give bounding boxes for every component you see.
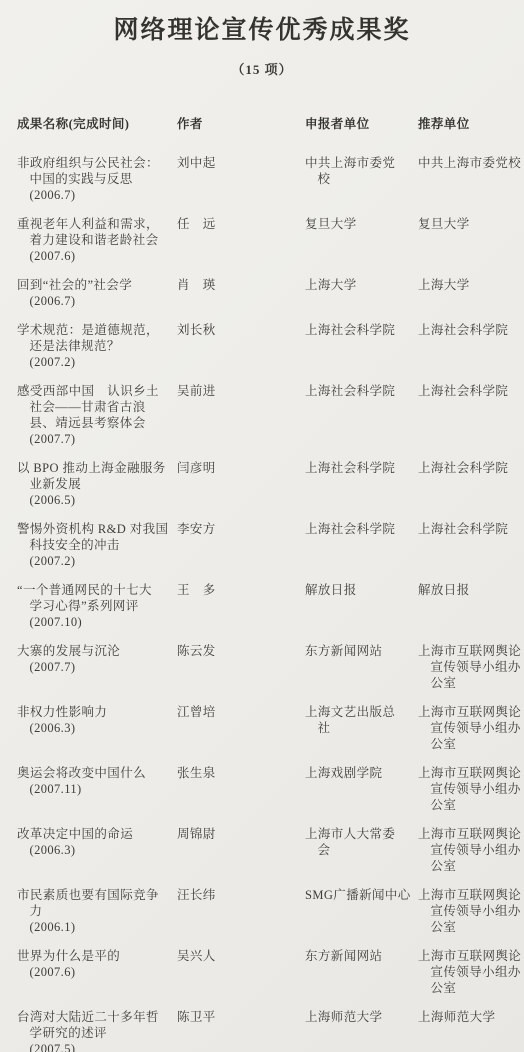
completion-date: (2007.10) <box>17 614 177 630</box>
recommender-unit-cell: 上海社会科学院 <box>418 521 516 537</box>
author-cell: 刘中起 <box>177 155 305 171</box>
completion-date: (2007.6) <box>17 964 177 980</box>
table-row: 警惕外资机构 R&D 对我国科技安全的冲击(2007.2)李安方上海社会科学院上… <box>17 521 516 569</box>
result-title-line: 中国的实践与反思 <box>17 171 177 187</box>
author-cell: 任 远 <box>177 216 305 232</box>
recommender-unit-line: 公室 <box>418 858 521 874</box>
applicant-unit-cell: 东方新闻网站 <box>305 643 418 659</box>
completion-date: (2007.5) <box>17 1041 177 1052</box>
result-title-line: 重视老年人利益和需求， <box>17 216 177 232</box>
applicant-unit-line: 会 <box>305 842 418 858</box>
recommender-unit-line: 上海社会科学院 <box>418 322 516 338</box>
result-title-cell: 非权力性影响力(2006.3) <box>17 704 177 736</box>
result-title-line: 还是法律规范？ <box>17 338 177 354</box>
applicant-unit-line: 复旦大学 <box>305 216 418 232</box>
applicant-unit-line: 上海师范大学 <box>305 1009 418 1025</box>
result-title-line: 学研究的述评 <box>17 1025 177 1041</box>
author-cell: 李安方 <box>177 521 305 537</box>
result-title-cell: 回到“社会的”社会学(2006.7) <box>17 277 177 309</box>
recommender-unit-line: 宣传领导小组办 <box>418 781 521 797</box>
recommender-unit-line: 宣传领导小组办 <box>418 842 521 858</box>
column-header-applicant-unit: 申报者单位 <box>305 116 418 132</box>
applicant-unit-line: 解放日报 <box>305 582 418 598</box>
column-header-author: 作者 <box>177 116 305 132</box>
recommender-unit-line: 上海市互联网舆论 <box>418 948 521 964</box>
recommender-unit-cell: 上海市互联网舆论宣传领导小组办公室 <box>418 643 521 691</box>
recommender-unit-cell: 中共上海市委党校 <box>418 155 521 171</box>
result-title-line: 以 BPO 推动上海金融服务 <box>17 460 177 476</box>
recommender-unit-cell: 上海市互联网舆论宣传领导小组办公室 <box>418 887 521 935</box>
applicant-unit-line: 校 <box>305 171 418 187</box>
recommender-unit-cell: 上海社会科学院 <box>418 322 516 338</box>
result-title-line: 社会——甘肃省古浪 <box>17 399 177 415</box>
table-row: “一个普通网民的十七大学习心得”系列网评(2007.10)王 多解放日报解放日报 <box>17 582 516 630</box>
table-rows: 非政府组织与公民社会：中国的实践与反思(2006.7)刘中起中共上海市委党校中共… <box>17 155 516 1052</box>
result-title-cell: “一个普通网民的十七大学习心得”系列网评(2007.10) <box>17 582 177 630</box>
applicant-unit-cell: 东方新闻网站 <box>305 948 418 964</box>
recommender-unit-line: 中共上海市委党校 <box>418 155 521 171</box>
table-header-row: 成果名称(完成时间) 作者 申报者单位 推荐单位 <box>17 116 516 132</box>
completion-date: (2007.6) <box>17 248 177 264</box>
applicant-unit-cell: 上海文艺出版总社 <box>305 704 418 736</box>
recommender-unit-line: 宣传领导小组办 <box>418 720 521 736</box>
completion-date: (2006.7) <box>17 187 177 203</box>
recommender-unit-line: 上海师范大学 <box>418 1009 516 1025</box>
recommender-unit-cell: 上海市互联网舆论宣传领导小组办公室 <box>418 948 521 996</box>
recommender-unit-line: 公室 <box>418 736 521 752</box>
recommender-unit-line: 上海市互联网舆论 <box>418 826 521 842</box>
author-cell: 张生泉 <box>177 765 305 781</box>
table-row: 市民素质也要有国际竞争力(2006.1)汪长纬SMG广播新闻中心上海市互联网舆论… <box>17 887 516 935</box>
result-title-line: 台湾对大陆近二十多年哲 <box>17 1009 177 1025</box>
recommender-unit-cell: 上海市互联网舆论宣传领导小组办公室 <box>418 765 521 813</box>
recommender-unit-line: 公室 <box>418 980 521 996</box>
completion-date: (2007.11) <box>17 781 177 797</box>
table-row: 感受西部中国 认识乡土社会——甘肃省古浪县、靖远县考察体会(2007.7)吴前进… <box>17 383 516 447</box>
recommender-unit-line: 上海市互联网舆论 <box>418 887 521 903</box>
column-header-result-name: 成果名称(完成时间) <box>17 116 177 132</box>
recommender-unit-line: 复旦大学 <box>418 216 516 232</box>
applicant-unit-line: 上海市人大常委 <box>305 826 418 842</box>
recommender-unit-cell: 上海市互联网舆论宣传领导小组办公室 <box>418 704 521 752</box>
page-subtitle: （15 项） <box>17 59 516 78</box>
applicant-unit-cell: 上海大学 <box>305 277 418 293</box>
recommender-unit-cell: 上海社会科学院 <box>418 383 516 399</box>
result-title-line: 感受西部中国 认识乡土 <box>17 383 177 399</box>
applicant-unit-line: 东方新闻网站 <box>305 948 418 964</box>
result-title-line: 非权力性影响力 <box>17 704 177 720</box>
recommender-unit-line: 公室 <box>418 797 521 813</box>
completion-date: (2006.5) <box>17 492 177 508</box>
result-title-line: 大寨的发展与沉沦 <box>17 643 177 659</box>
applicant-unit-cell: SMG广播新闻中心 <box>305 887 418 903</box>
result-title-cell: 大寨的发展与沉沦(2007.7) <box>17 643 177 675</box>
applicant-unit-line: SMG广播新闻中心 <box>305 887 418 903</box>
completion-date: (2006.7) <box>17 293 177 309</box>
column-header-recommender-unit: 推荐单位 <box>418 116 516 132</box>
author-cell: 周锦尉 <box>177 826 305 842</box>
document-page: 网络理论宣传优秀成果奖 （15 项） 成果名称(完成时间) 作者 申报者单位 推… <box>0 0 524 1052</box>
recommender-unit-line: 宣传领导小组办 <box>418 903 521 919</box>
recommender-unit-line: 宣传领导小组办 <box>418 964 521 980</box>
completion-date: (2007.7) <box>17 431 177 447</box>
table-row: 非政府组织与公民社会：中国的实践与反思(2006.7)刘中起中共上海市委党校中共… <box>17 155 516 203</box>
result-title-cell: 奥运会将改变中国什么(2007.11) <box>17 765 177 797</box>
author-cell: 陈云发 <box>177 643 305 659</box>
applicant-unit-cell: 上海社会科学院 <box>305 383 418 399</box>
recommender-unit-line: 上海社会科学院 <box>418 521 516 537</box>
result-title-cell: 台湾对大陆近二十多年哲学研究的述评(2007.5) <box>17 1009 177 1052</box>
completion-date: (2007.2) <box>17 553 177 569</box>
result-title-line: 学习心得”系列网评 <box>17 598 177 614</box>
author-cell: 王 多 <box>177 582 305 598</box>
recommender-unit-cell: 上海市互联网舆论宣传领导小组办公室 <box>418 826 521 874</box>
result-title-line: 着力建设和谐老龄社会 <box>17 232 177 248</box>
author-cell: 吴前进 <box>177 383 305 399</box>
table-row: 世界为什么是平的(2007.6)吴兴人东方新闻网站上海市互联网舆论宣传领导小组办… <box>17 948 516 996</box>
table-row: 非权力性影响力(2006.3)江曾培上海文艺出版总社上海市互联网舆论宣传领导小组… <box>17 704 516 752</box>
result-title-cell: 以 BPO 推动上海金融服务业新发展(2006.5) <box>17 460 177 508</box>
applicant-unit-cell: 上海社会科学院 <box>305 460 418 476</box>
applicant-unit-line: 上海社会科学院 <box>305 521 418 537</box>
completion-date: (2006.3) <box>17 842 177 858</box>
recommender-unit-line: 上海市互联网舆论 <box>418 704 521 720</box>
result-title-cell: 市民素质也要有国际竞争力(2006.1) <box>17 887 177 935</box>
recommender-unit-line: 公室 <box>418 919 521 935</box>
applicant-unit-line: 上海社会科学院 <box>305 322 418 338</box>
result-title-line: 市民素质也要有国际竞争 <box>17 887 177 903</box>
result-title-line: 世界为什么是平的 <box>17 948 177 964</box>
awards-table: 成果名称(完成时间) 作者 申报者单位 推荐单位 非政府组织与公民社会：中国的实… <box>17 116 516 1052</box>
result-title-line: 县、靖远县考察体会 <box>17 415 177 431</box>
author-cell: 陈卫平 <box>177 1009 305 1025</box>
result-title-cell: 改革决定中国的命运(2006.3) <box>17 826 177 858</box>
table-row: 重视老年人利益和需求，着力建设和谐老龄社会(2007.6)任 远复旦大学复旦大学 <box>17 216 516 264</box>
recommender-unit-line: 宣传领导小组办 <box>418 659 521 675</box>
table-row: 大寨的发展与沉沦(2007.7)陈云发东方新闻网站上海市互联网舆论宣传领导小组办… <box>17 643 516 691</box>
applicant-unit-line: 上海大学 <box>305 277 418 293</box>
result-title-line: 非政府组织与公民社会： <box>17 155 177 171</box>
recommender-unit-line: 上海大学 <box>418 277 516 293</box>
applicant-unit-cell: 上海师范大学 <box>305 1009 418 1025</box>
recommender-unit-line: 上海市互联网舆论 <box>418 643 521 659</box>
result-title-line: “一个普通网民的十七大 <box>17 582 177 598</box>
applicant-unit-cell: 上海社会科学院 <box>305 322 418 338</box>
result-title-cell: 重视老年人利益和需求，着力建设和谐老龄社会(2007.6) <box>17 216 177 264</box>
applicant-unit-line: 社 <box>305 720 418 736</box>
author-cell: 江曾培 <box>177 704 305 720</box>
applicant-unit-line: 上海文艺出版总 <box>305 704 418 720</box>
recommender-unit-line: 解放日报 <box>418 582 516 598</box>
table-row: 改革决定中国的命运(2006.3)周锦尉上海市人大常委会上海市互联网舆论宣传领导… <box>17 826 516 874</box>
result-title-cell: 感受西部中国 认识乡土社会——甘肃省古浪县、靖远县考察体会(2007.7) <box>17 383 177 447</box>
result-title-line: 奥运会将改变中国什么 <box>17 765 177 781</box>
applicant-unit-line: 中共上海市委党 <box>305 155 418 171</box>
result-title-line: 力 <box>17 903 177 919</box>
recommender-unit-line: 公室 <box>418 675 521 691</box>
author-cell: 吴兴人 <box>177 948 305 964</box>
author-cell: 肖 瑛 <box>177 277 305 293</box>
result-title-line: 学术规范：是道德规范， <box>17 322 177 338</box>
result-title-cell: 世界为什么是平的(2007.6) <box>17 948 177 980</box>
table-row: 台湾对大陆近二十多年哲学研究的述评(2007.5)陈卫平上海师范大学上海师范大学 <box>17 1009 516 1052</box>
completion-date: (2006.3) <box>17 720 177 736</box>
recommender-unit-line: 上海市互联网舆论 <box>418 765 521 781</box>
applicant-unit-line: 东方新闻网站 <box>305 643 418 659</box>
author-cell: 刘长秋 <box>177 322 305 338</box>
result-title-line: 回到“社会的”社会学 <box>17 277 177 293</box>
table-row: 回到“社会的”社会学(2006.7)肖 瑛上海大学上海大学 <box>17 277 516 309</box>
applicant-unit-cell: 上海戏剧学院 <box>305 765 418 781</box>
applicant-unit-cell: 上海社会科学院 <box>305 521 418 537</box>
applicant-unit-line: 上海社会科学院 <box>305 460 418 476</box>
applicant-unit-line: 上海社会科学院 <box>305 383 418 399</box>
applicant-unit-cell: 解放日报 <box>305 582 418 598</box>
completion-date: (2007.2) <box>17 354 177 370</box>
completion-date: (2007.7) <box>17 659 177 675</box>
recommender-unit-line: 上海社会科学院 <box>418 460 516 476</box>
result-title-line: 改革决定中国的命运 <box>17 826 177 842</box>
applicant-unit-line: 上海戏剧学院 <box>305 765 418 781</box>
applicant-unit-cell: 上海市人大常委会 <box>305 826 418 858</box>
result-title-cell: 警惕外资机构 R&D 对我国科技安全的冲击(2007.2) <box>17 521 177 569</box>
recommender-unit-line: 上海社会科学院 <box>418 383 516 399</box>
result-title-cell: 非政府组织与公民社会：中国的实践与反思(2006.7) <box>17 155 177 203</box>
recommender-unit-cell: 复旦大学 <box>418 216 516 232</box>
table-row: 学术规范：是道德规范，还是法律规范？(2007.2)刘长秋上海社会科学院上海社会… <box>17 322 516 370</box>
table-row: 以 BPO 推动上海金融服务业新发展(2006.5)闫彦明上海社会科学院上海社会… <box>17 460 516 508</box>
recommender-unit-cell: 上海师范大学 <box>418 1009 516 1025</box>
recommender-unit-cell: 上海社会科学院 <box>418 460 516 476</box>
completion-date: (2006.1) <box>17 919 177 935</box>
page-title: 网络理论宣传优秀成果奖 <box>17 10 516 46</box>
result-title-line: 科技安全的冲击 <box>17 537 177 553</box>
table-row: 奥运会将改变中国什么(2007.11)张生泉上海戏剧学院上海市互联网舆论宣传领导… <box>17 765 516 813</box>
applicant-unit-cell: 中共上海市委党校 <box>305 155 418 187</box>
author-cell: 汪长纬 <box>177 887 305 903</box>
result-title-line: 警惕外资机构 R&D 对我国 <box>17 521 177 537</box>
result-title-line: 业新发展 <box>17 476 177 492</box>
applicant-unit-cell: 复旦大学 <box>305 216 418 232</box>
author-cell: 闫彦明 <box>177 460 305 476</box>
recommender-unit-cell: 上海大学 <box>418 277 516 293</box>
result-title-cell: 学术规范：是道德规范，还是法律规范？(2007.2) <box>17 322 177 370</box>
recommender-unit-cell: 解放日报 <box>418 582 516 598</box>
